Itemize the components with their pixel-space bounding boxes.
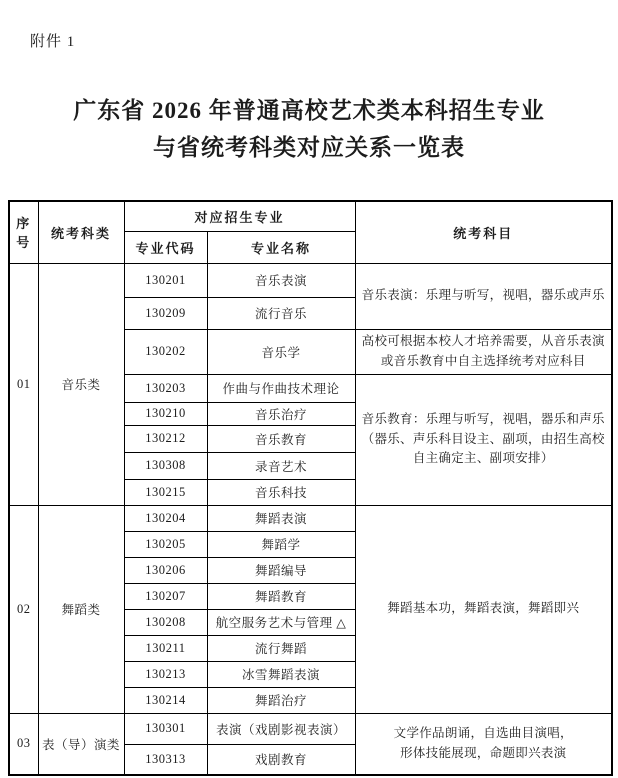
header-subjects: 统考科目 [355,201,612,263]
major-code-cell: 130208 [124,609,207,635]
major-name-cell: 音乐治疗 [207,402,355,425]
subjects-cell: 舞蹈基本功，舞蹈表演，舞蹈即兴 [355,505,612,713]
page-title: 广东省 2026 年普通高校艺术类本科招生专业 与省统考科类对应关系一览表 [0,92,618,166]
seq-cell: 03 [9,713,38,775]
header-category: 统考科类 [38,201,124,263]
major-code-cell: 130212 [124,425,207,452]
header-major-name: 专业名称 [207,231,355,263]
major-name-cell: 流行音乐 [207,297,355,329]
major-name-cell: 音乐科技 [207,479,355,505]
header-seq: 序号 [9,201,38,263]
document-page: 附件 1 广东省 2026 年普通高校艺术类本科招生专业 与省统考科类对应关系一… [0,0,618,778]
major-name-cell: 冰雪舞蹈表演 [207,661,355,687]
subjects-cell: 高校可根据本校人才培养需要，从音乐表演 或音乐教育中自主选择统考对应科目 [355,329,612,374]
major-name-cell: 流行舞蹈 [207,635,355,661]
major-code-cell: 130308 [124,452,207,479]
attachment-label: 附件 1 [30,30,75,51]
header-major-code: 专业代码 [124,231,207,263]
major-name-cell: 音乐教育 [207,425,355,452]
major-code-cell: 130205 [124,531,207,557]
major-name-cell: 戏剧教育 [207,744,355,775]
major-name-cell: 音乐表演 [207,263,355,297]
major-name-cell: 舞蹈教育 [207,583,355,609]
major-name-cell: 舞蹈治疗 [207,687,355,713]
major-code-cell: 130206 [124,557,207,583]
major-name-cell: 音乐学 [207,329,355,374]
major-code-cell: 130313 [124,744,207,775]
major-code-cell: 130207 [124,583,207,609]
major-code-cell: 130201 [124,263,207,297]
category-cell: 音乐类 [38,263,124,505]
major-code-cell: 130215 [124,479,207,505]
major-name-cell: 作曲与作曲技术理论 [207,374,355,402]
major-code-cell: 130203 [124,374,207,402]
major-name-cell: 舞蹈学 [207,531,355,557]
subjects-cell: 音乐教育：乐理与听写，视唱，器乐和声乐 （器乐、声乐科目设主、副项，由招生高校 … [355,374,612,505]
major-name-cell: 舞蹈编导 [207,557,355,583]
table-row: 03 表（导）演类 130301 表演（戏剧影视表演） 文学作品朗诵，自选曲目演… [9,713,612,744]
category-cell: 舞蹈类 [38,505,124,713]
major-code-cell: 130202 [124,329,207,374]
correspondence-table: 序号 统考科类 对应招生专业 统考科目 专业代码 专业名称 01 音乐类 130… [8,200,613,776]
subjects-cell: 文学作品朗诵，自选曲目演唱， 形体技能展现，命题即兴表演 [355,713,612,775]
major-code-cell: 130301 [124,713,207,744]
major-code-cell: 130210 [124,402,207,425]
header-majors-group: 对应招生专业 [124,201,355,231]
major-code-cell: 130209 [124,297,207,329]
major-code-cell: 130204 [124,505,207,531]
table-row: 01 音乐类 130201 音乐表演 音乐表演：乐理与听写，视唱，器乐或声乐 [9,263,612,297]
seq-cell: 01 [9,263,38,505]
major-name-cell: 表演（戏剧影视表演） [207,713,355,744]
major-code-cell: 130214 [124,687,207,713]
major-name-cell: 舞蹈表演 [207,505,355,531]
major-name-cell: 录音艺术 [207,452,355,479]
major-name-cell: 航空服务艺术与管理 △ [207,609,355,635]
subjects-cell: 音乐表演：乐理与听写，视唱，器乐或声乐 [355,263,612,329]
table-row: 02 舞蹈类 130204 舞蹈表演 舞蹈基本功，舞蹈表演，舞蹈即兴 [9,505,612,531]
seq-cell: 02 [9,505,38,713]
major-code-cell: 130211 [124,635,207,661]
page-title-line1: 广东省 2026 年普通高校艺术类本科招生专业 [0,92,618,129]
major-code-cell: 130213 [124,661,207,687]
category-cell: 表（导）演类 [38,713,124,775]
page-title-line2: 与省统考科类对应关系一览表 [0,129,618,166]
